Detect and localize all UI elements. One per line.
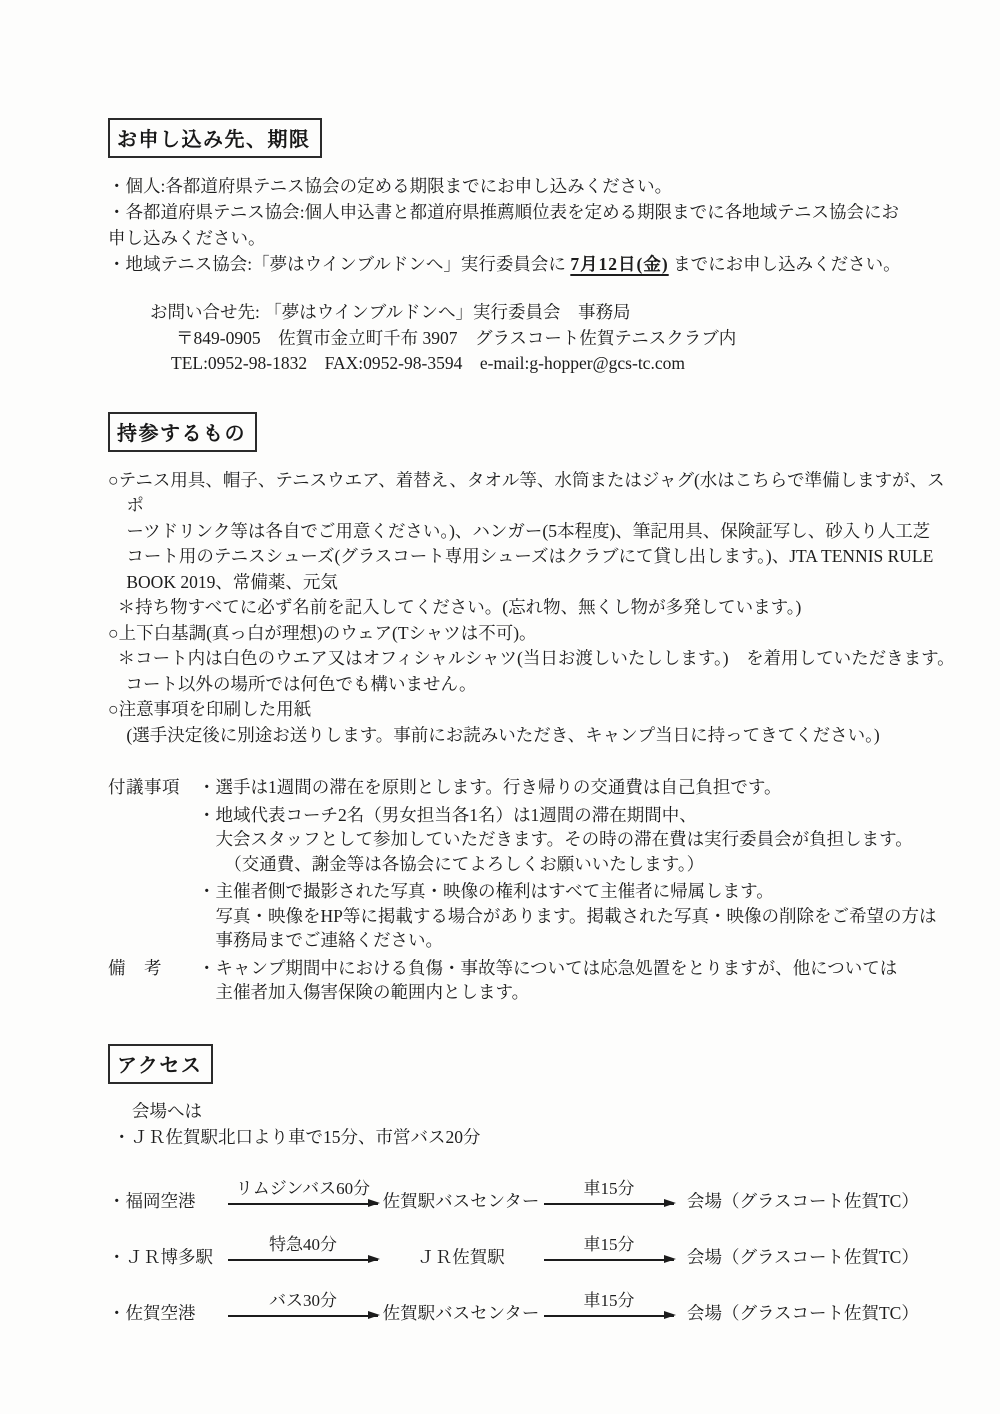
section-application: お申し込み先、期限 ・個人:各都道府県テニス協会の定める期限までにお申し込みくだ… — [108, 118, 960, 377]
route-destination: 会場（グラスコート佐賀TC） — [687, 1244, 919, 1269]
heading-application-deadline: お申し込み先、期限 — [108, 118, 322, 158]
access-route-diagram: ・福岡空港 リムジンバス60分 佐賀駅バスセンター 車15分 会場（グラスコート… — [108, 1166, 960, 1325]
route-leg-label: 車15分 — [584, 1230, 635, 1255]
route-origin: ・佐賀空港 — [108, 1300, 228, 1325]
route-destination: 会場（グラスコート佐賀TC） — [687, 1188, 919, 1213]
arrow-right-icon — [544, 1259, 674, 1261]
belongings-note-courtwear: ＊コート内は白色のウエア又はオフィシャルシャツ(当日お渡しいたしします。) を着… — [118, 646, 960, 697]
supplementary-label: 付議事項 — [108, 775, 198, 956]
arrow-right-icon — [544, 1315, 674, 1317]
supplementary-item-photo-rights: ・主催者側で撮影された写真・映像の権利はすべて主催者に帰属します。 写真・映像を… — [198, 879, 960, 953]
heading-access: アクセス — [108, 1044, 213, 1084]
route-leg: 特急40分 — [228, 1230, 378, 1269]
route-leg-label: 車15分 — [584, 1286, 635, 1311]
belongings-item-equipment: ○テニス用具、帽子、テニスウエア、着替え、タオル等、水筒またはジャグ(水はこちら… — [108, 468, 960, 596]
route-leg: リムジンバス60分 — [228, 1174, 378, 1213]
route-leg: 車15分 — [544, 1286, 674, 1325]
remarks-label: 備 考 — [108, 956, 198, 1008]
route-fukuoka-airport: ・福岡空港 リムジンバス60分 佐賀駅バスセンター 車15分 会場（グラスコート… — [108, 1166, 960, 1213]
route-leg: 車15分 — [544, 1230, 674, 1269]
section-belongings: 持参するもの ○テニス用具、帽子、テニスウエア、着替え、タオル等、水筒またはジャ… — [108, 412, 960, 749]
route-leg-label: 特急40分 — [269, 1230, 337, 1255]
supplementary-item-coach: ・地域代表コーチ2名（男女担当各1名）は1週間の滞在期間中、 大会スタッフとして… — [198, 803, 960, 877]
contact-address-line: 〒849-0905 佐賀市金立町千布 3907 グラスコート佐賀テニスクラブ内 — [176, 326, 960, 352]
access-intro: 会場へは — [132, 1098, 960, 1123]
bullet-prefecture-association: ・各都道府県テニス協会:個人申込書と都道府県推薦順位表を定める期限までに各地域テ… — [108, 199, 960, 251]
route-via: 佐賀駅バスセンター — [378, 1188, 544, 1213]
route-saga-airport: ・佐賀空港 バス30分 佐賀駅バスセンター 車15分 会場（グラスコート佐賀TC… — [108, 1278, 960, 1325]
route-destination: 会場（グラスコート佐賀TC） — [687, 1300, 919, 1325]
supplementary-body: ・選手は1週間の滞在を原則とします。行き帰りの交通費は自己負担です。 ・地域代表… — [198, 775, 960, 956]
remarks-row: 備 考 ・キャンプ期間中における負傷・事故等については応急処置をとりますが、他に… — [108, 956, 960, 1008]
supplementary-item-stay: ・選手は1週間の滞在を原則とします。行き帰りの交通費は自己負担です。 — [198, 775, 960, 800]
route-leg-label: バス30分 — [269, 1286, 337, 1311]
bullet-regional-pre: ・地域テニス協会:「夢はウインブルドンへ」実行委員会に — [108, 254, 570, 274]
route-via: ＪＲ佐賀駅 — [378, 1244, 544, 1269]
heading-belongings: 持参するもの — [108, 412, 257, 452]
belongings-note-names: ＊持ち物すべてに必ず名前を記入してください。(忘れ物、無くし物が多発しています。… — [118, 595, 960, 621]
route-leg: 車15分 — [544, 1174, 674, 1213]
section-access: アクセス 会場へは ・ＪＲ佐賀駅北口より車で15分、市営バス20分 ・福岡空港 … — [108, 1044, 960, 1325]
contact-block: お問い合せ先: 「夢はウインブルドンへ」実行委員会 事務局 〒849-0905 … — [108, 300, 960, 377]
bullet-regional-post: までにお申し込みください。 — [669, 254, 901, 274]
bullet-individual: ・個人:各都道府県テニス協会の定める期限までにお申し込みください。 — [108, 173, 960, 199]
belongings-item-notice-paper: ○注意事項を印刷した用紙 (選手決定後に別途お送りします。事前にお読みいただき、… — [108, 697, 960, 748]
belongings-list: ○テニス用具、帽子、テニスウエア、着替え、タオル等、水筒またはジャグ(水はこちら… — [108, 468, 960, 749]
bullet-regional-association: ・地域テニス協会:「夢はウインブルドンへ」実行委員会に 7月12日(金) までに… — [108, 251, 960, 277]
remarks-body: ・キャンプ期間中における負傷・事故等については応急処置をとりますが、他については… — [198, 956, 960, 1008]
contact-office-line: お問い合せ先: 「夢はウインブルドンへ」実行委員会 事務局 — [150, 300, 960, 326]
access-note-jr-saga: ・ＪＲ佐賀駅北口より車で15分、市営バス20分 — [113, 1125, 960, 1150]
route-origin: ・ＪＲ博多駅 — [108, 1244, 228, 1269]
contact-tel-fax-email-line: TEL:0952-98-1832 FAX:0952-98-3594 e-mail… — [171, 351, 960, 377]
route-leg-label: 車15分 — [584, 1174, 635, 1199]
route-origin: ・福岡空港 — [108, 1188, 228, 1213]
arrow-right-icon — [228, 1259, 378, 1261]
route-leg: バス30分 — [228, 1286, 378, 1325]
application-bullet-list: ・個人:各都道府県テニス協会の定める期限までにお申し込みください。 ・各都道府県… — [108, 173, 960, 277]
arrow-right-icon — [544, 1203, 674, 1205]
route-jr-hakata: ・ＪＲ博多駅 特急40分 ＪＲ佐賀駅 車15分 会場（グラスコート佐賀TC） — [108, 1222, 960, 1269]
route-via: 佐賀駅バスセンター — [378, 1300, 544, 1325]
deadline-date: 7月12日(金) — [570, 254, 668, 274]
supplementary-row: 付議事項 ・選手は1週間の滞在を原則とします。行き帰りの交通費は自己負担です。 … — [108, 775, 960, 956]
route-leg-label: リムジンバス60分 — [236, 1174, 370, 1199]
scanned-document-page: お申し込み先、期限 ・個人:各都道府県テニス協会の定める期限までにお申し込みくだ… — [0, 0, 1000, 1414]
belongings-item-whitewear: ○上下白基調(真っ白が理想)のウェア(Tシャツは不可)。 — [108, 621, 960, 647]
arrow-right-icon — [228, 1315, 378, 1317]
remarks-item-insurance: ・キャンプ期間中における負傷・事故等については応急処置をとりますが、他については… — [198, 956, 960, 1005]
arrow-right-icon — [228, 1203, 378, 1205]
